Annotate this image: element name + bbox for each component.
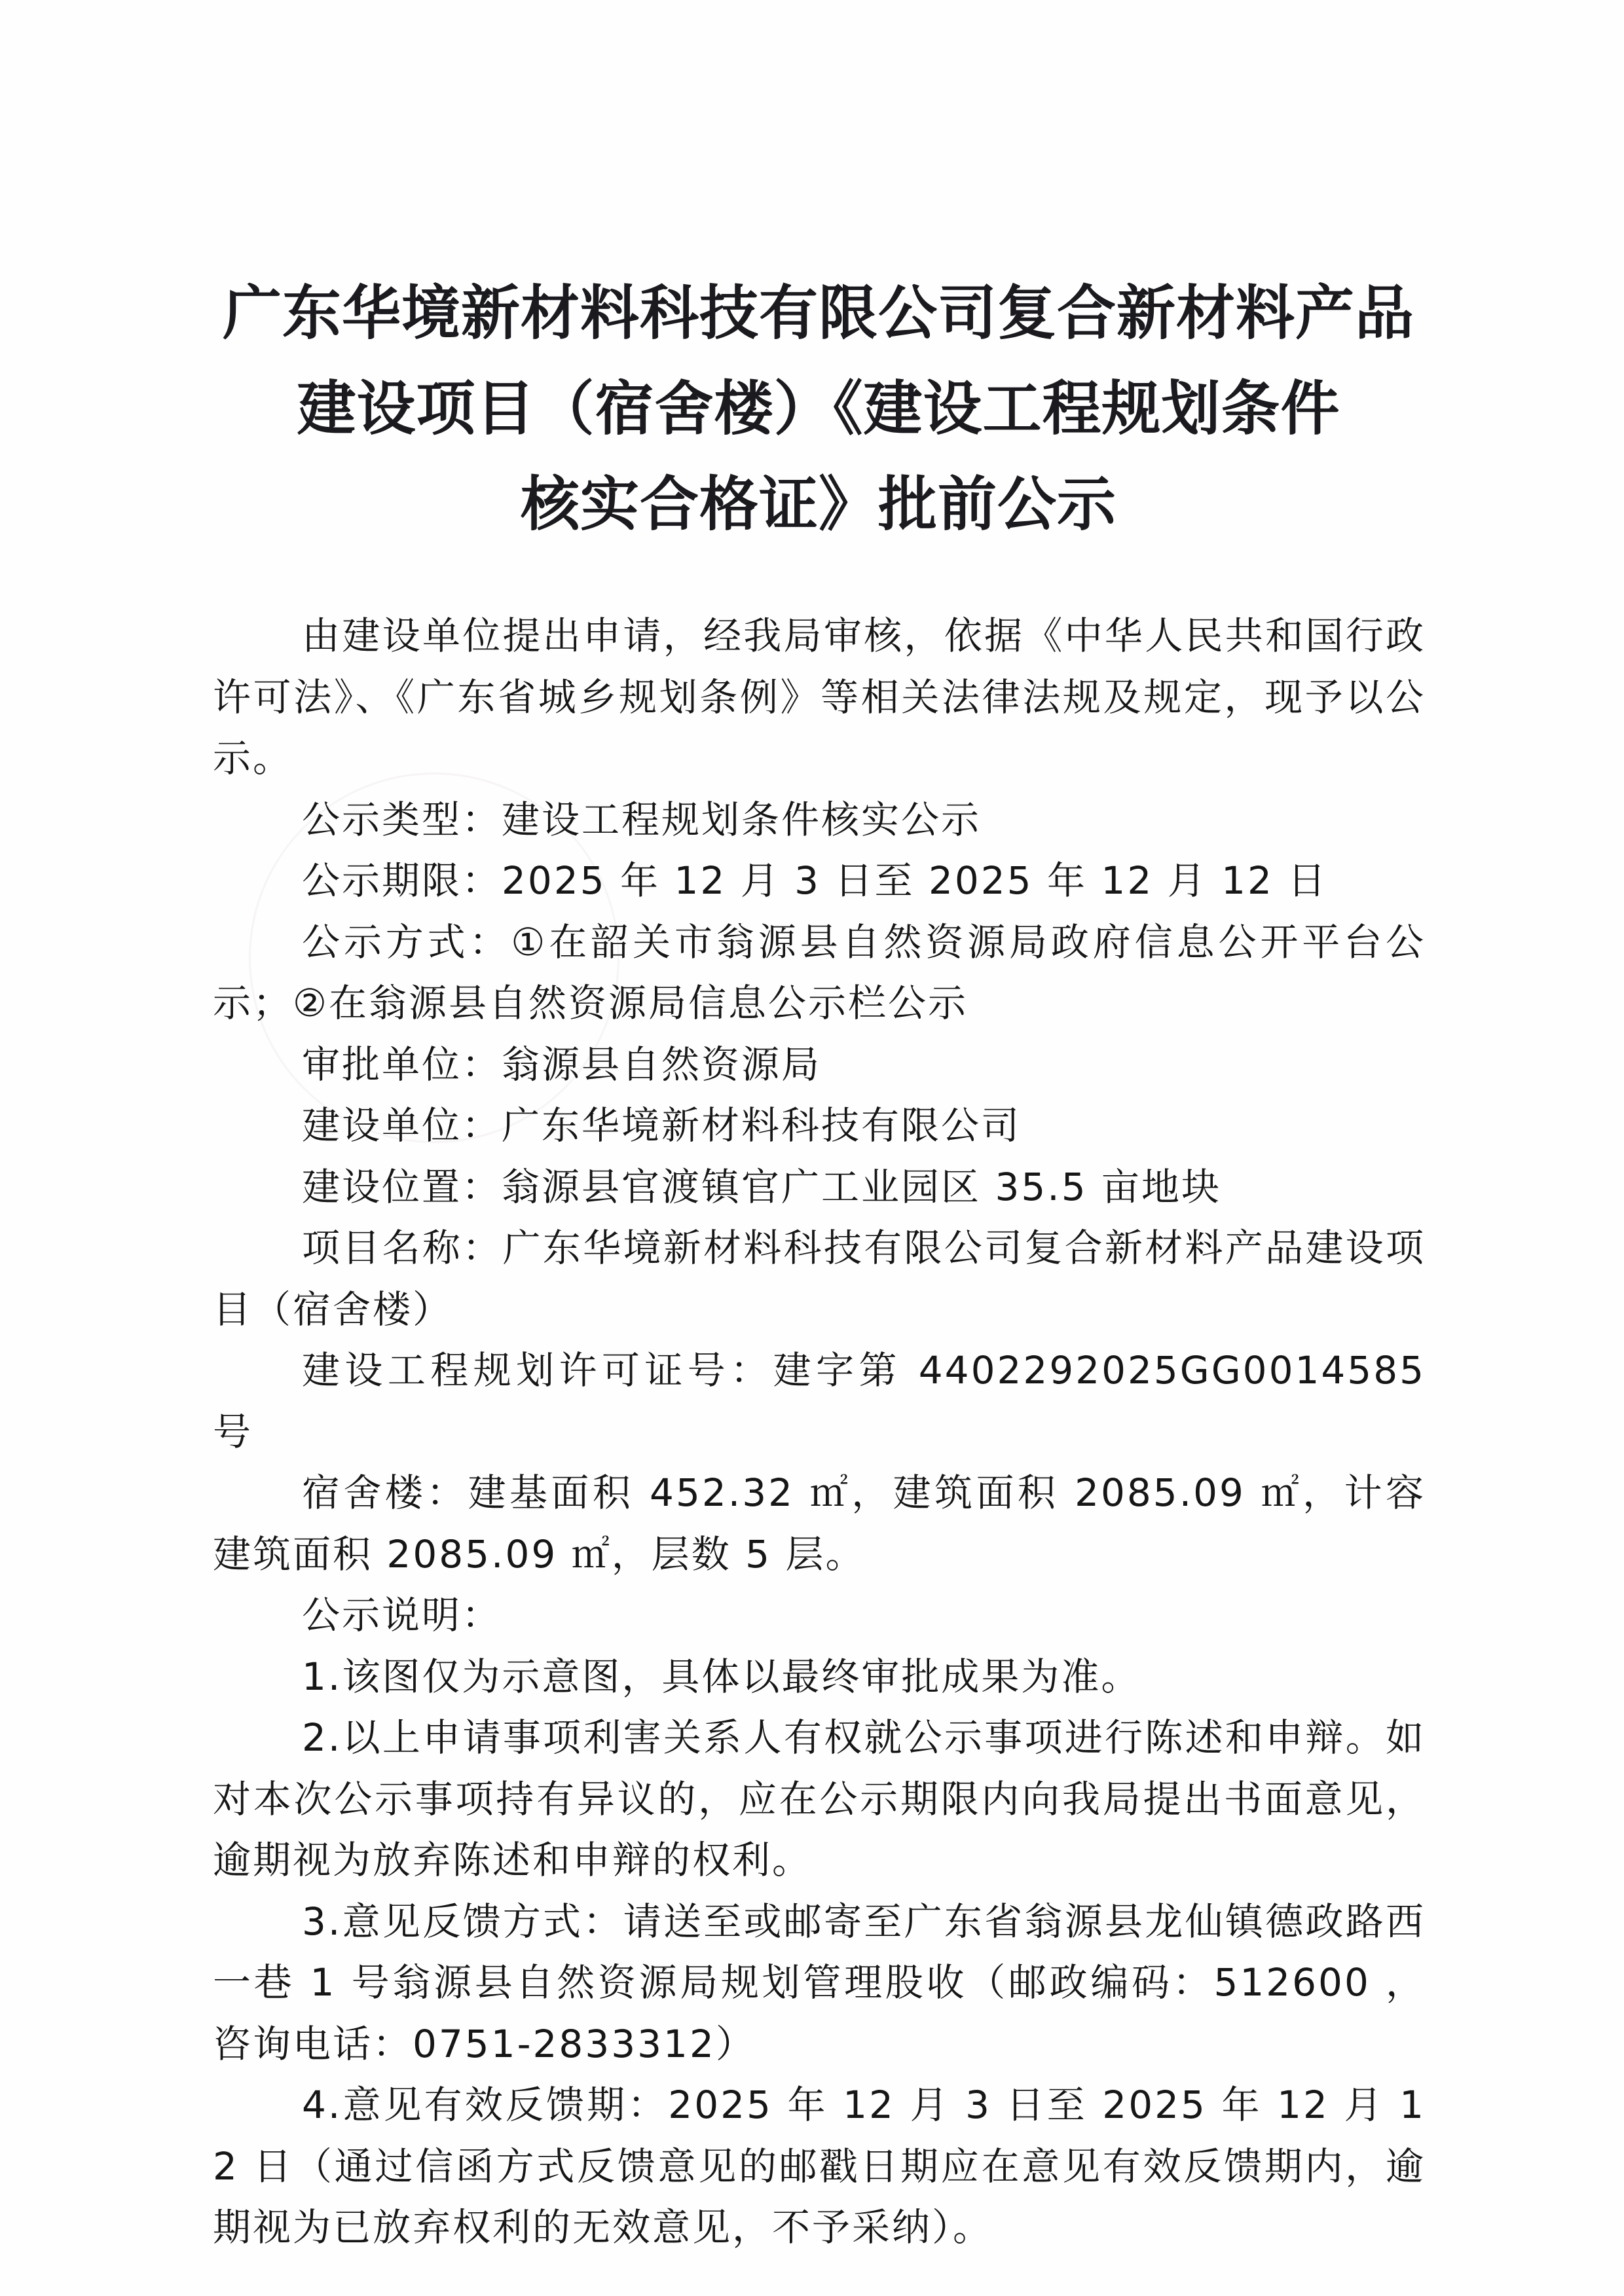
field-value: 翁源县自然资源局 [502, 1042, 821, 1087]
field-publicity-method: 公示方式：①在韶关市翁源县自然资源局政府信息公开平台公示；②在翁源县自然资源局信… [213, 912, 1426, 1034]
title-line-2: 建设项目（宿舍楼）《建设工程规划条件 [196, 361, 1441, 456]
document-body: 由建设单位提出申请，经我局审核，依据《中华人民共和国行政许可法》、《广东省城乡规… [213, 606, 1426, 2259]
field-label: 建设位置： [302, 1165, 502, 1209]
field-construction-location: 建设位置：翁源县官渡镇官广工业园区 35.5 亩地块 [213, 1157, 1426, 1218]
field-publicity-type: 公示类型：建设工程规划条件核实公示 [213, 790, 1426, 851]
field-label: 建设单位： [302, 1103, 502, 1148]
title-line-1: 广东华境新材料科技有限公司复合新材料产品 [196, 265, 1441, 361]
title-line-3: 核实合格证》批前公示 [196, 456, 1441, 552]
intro-paragraph: 由建设单位提出申请，经我局审核，依据《中华人民共和国行政许可法》、《广东省城乡规… [213, 606, 1426, 790]
field-dormitory-areas: 宿舍楼：建基面积 452.32 ㎡，建筑面积 2085.09 ㎡，计容建筑面积 … [213, 1463, 1426, 1585]
field-construction-unit: 建设单位：广东华境新材料科技有限公司 [213, 1095, 1426, 1157]
field-value: 广东华境新材料科技有限公司 [502, 1103, 1021, 1148]
field-value: 翁源县官渡镇官广工业园区 35.5 亩地块 [502, 1165, 1221, 1209]
field-label: 公示类型： [302, 797, 502, 842]
note-item-4: 4.意见有效反馈期：2025 年 12 月 3 日至 2025 年 12 月 1… [213, 2075, 1426, 2259]
field-label: 项目名称： [302, 1226, 502, 1270]
field-value: 建设工程规划条件核实公示 [502, 797, 981, 842]
field-value: 2025 年 12 月 3 日至 2025 年 12 月 12 日 [502, 858, 1327, 903]
field-label: 公示期限： [302, 858, 502, 903]
field-project-name: 项目名称：广东华境新材料科技有限公司复合新材料产品建设项目（宿舍楼） [213, 1218, 1426, 1340]
field-permit-number: 建设工程规划许可证号：建字第 4402292025GG0014585 号 [213, 1340, 1426, 1463]
document-page: 广东华境新材料科技有限公司复合新材料产品 建设项目（宿舍楼）《建设工程规划条件 … [0, 0, 1624, 2296]
note-item-2: 2.以上申请事项利害关系人有权就公示事项进行陈述和申辩。如对本次公示事项持有异议… [213, 1707, 1426, 1891]
note-item-1: 1.该图仅为示意图，具体以最终审批成果为准。 [213, 1647, 1426, 1708]
field-approval-unit: 审批单位：翁源县自然资源局 [213, 1034, 1426, 1096]
note-item-3: 3.意见反馈方式：请送至或邮寄至广东省翁源县龙仙镇德政路西一巷 1 号翁源县自然… [213, 1891, 1426, 2075]
field-label: 建设工程规划许可证号： [302, 1348, 773, 1393]
field-publicity-period: 公示期限：2025 年 12 月 3 日至 2025 年 12 月 12 日 [213, 850, 1426, 912]
field-label: 审批单位： [302, 1042, 502, 1087]
field-label: 公示方式： [302, 920, 511, 964]
notes-heading: 公示说明： [213, 1585, 1426, 1647]
field-label: 宿舍楼： [302, 1470, 468, 1515]
document-title: 广东华境新材料科技有限公司复合新材料产品 建设项目（宿舍楼）《建设工程规划条件 … [196, 265, 1441, 552]
